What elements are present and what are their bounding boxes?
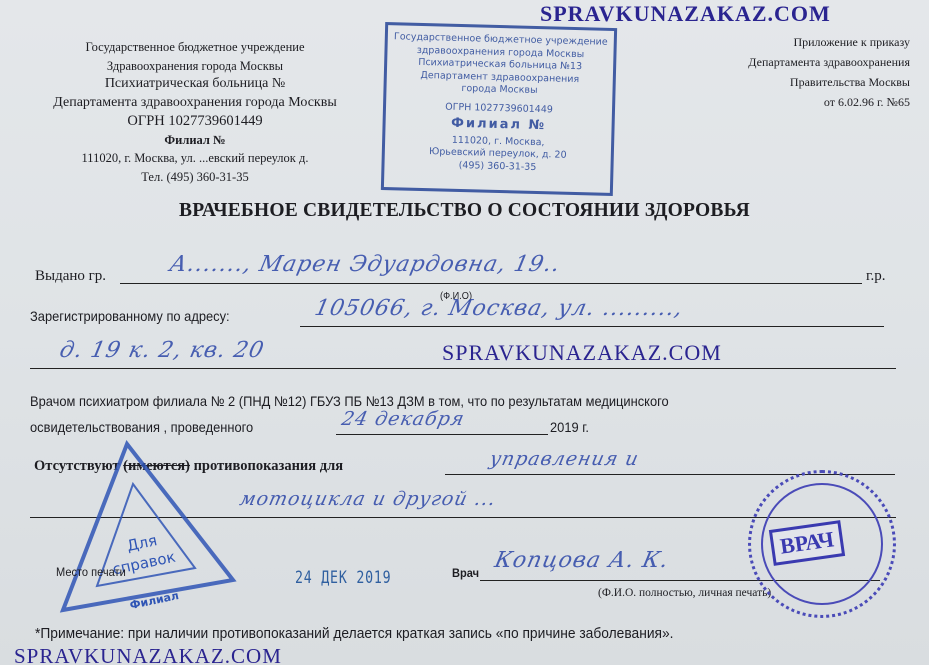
date-stamp: 24 ДЕК 2019 xyxy=(295,568,391,588)
institution-header: Государственное бюджетное учреждение Здр… xyxy=(20,38,370,186)
header-line-4: Департамента здравоохранения города Моск… xyxy=(20,94,370,113)
round-doctor-stamp: ВРАЧ xyxy=(748,470,896,618)
header-phone: Тел. (495) 360-31-35 xyxy=(20,168,370,187)
address-value-1: 105066, г. Москва, ул. ........., xyxy=(312,296,685,321)
appendix-line-4: от 6.02.96 г. №65 xyxy=(680,92,910,112)
header-line-2: Здравоохранения города Москвы xyxy=(20,57,370,76)
stamp-place-label: Место печати xyxy=(56,565,126,579)
header-filial: Филиал № xyxy=(20,131,370,150)
appendix-line-2: Департамента здравоохранения xyxy=(680,52,910,72)
address-underline-1 xyxy=(300,326,884,327)
exam-date-underline xyxy=(336,434,548,435)
exam-year: 2019 г. xyxy=(550,419,589,435)
doctor-statement-2: освидетельствования , проведенного xyxy=(30,419,253,435)
header-address: 111020, г. Москва, ул. ...евский переуло… xyxy=(20,149,370,168)
contraindication-value-1: управления и xyxy=(488,448,641,470)
issued-value: А......., Марен Эдуардовна, 19.. xyxy=(167,252,562,277)
address-underline-2 xyxy=(30,368,896,369)
issued-label: Выдано гр. xyxy=(35,268,106,285)
watermark-top: SPRAVKUNAZAKAZ.COM xyxy=(540,1,831,27)
issued-underline xyxy=(120,283,862,284)
header-ogrn: ОГРН 1027739601449 xyxy=(20,112,370,131)
address-label: Зарегистрированному по адресу: xyxy=(30,308,230,324)
exam-date-value: 24 декабря xyxy=(340,408,467,430)
appendix-line-3: Правительства Москвы xyxy=(680,72,910,92)
footnote: *Примечание: при наличии противопоказани… xyxy=(35,625,674,642)
doctor-label: Врач xyxy=(452,566,479,580)
order-appendix: Приложение к приказу Департамента здраво… xyxy=(680,32,910,112)
rectangular-stamp: Государственное бюджетное учреждение здр… xyxy=(381,22,617,196)
doctor-signature-value: Копцова А. К. xyxy=(492,548,671,573)
stamp-ogrn: ОГРН 1027739601449 xyxy=(386,100,612,118)
doctor-hint: (Ф.И.О. полностью, личная печать) xyxy=(598,587,771,599)
doctor-statement-1: Врачом психиатром филиала № 2 (ПНД №12) … xyxy=(30,393,669,409)
contraindication-value-2: мотоцикла и другой ... xyxy=(238,488,499,510)
watermark-bottom: SPRAVKUNAZAKAZ.COM xyxy=(14,644,282,665)
appendix-line-1: Приложение к приказу xyxy=(680,32,910,52)
birth-year-suffix: г.р. xyxy=(866,268,885,285)
stamp-filial: Филиал № xyxy=(385,116,611,134)
watermark-middle: SPRAVKUNAZAKAZ.COM xyxy=(442,340,722,366)
address-value-2: д. 19 к. 2, кв. 20 xyxy=(57,338,266,363)
document-title: ВРАЧЕБНОЕ СВИДЕТЕЛЬСТВО О СОСТОЯНИИ ЗДОР… xyxy=(0,200,929,222)
triangle-stamp: Для справок Филиал xyxy=(55,440,255,620)
header-line-1: Государственное бюджетное учреждение xyxy=(20,38,370,57)
header-line-3: Психиатрическая больница № xyxy=(20,75,370,94)
